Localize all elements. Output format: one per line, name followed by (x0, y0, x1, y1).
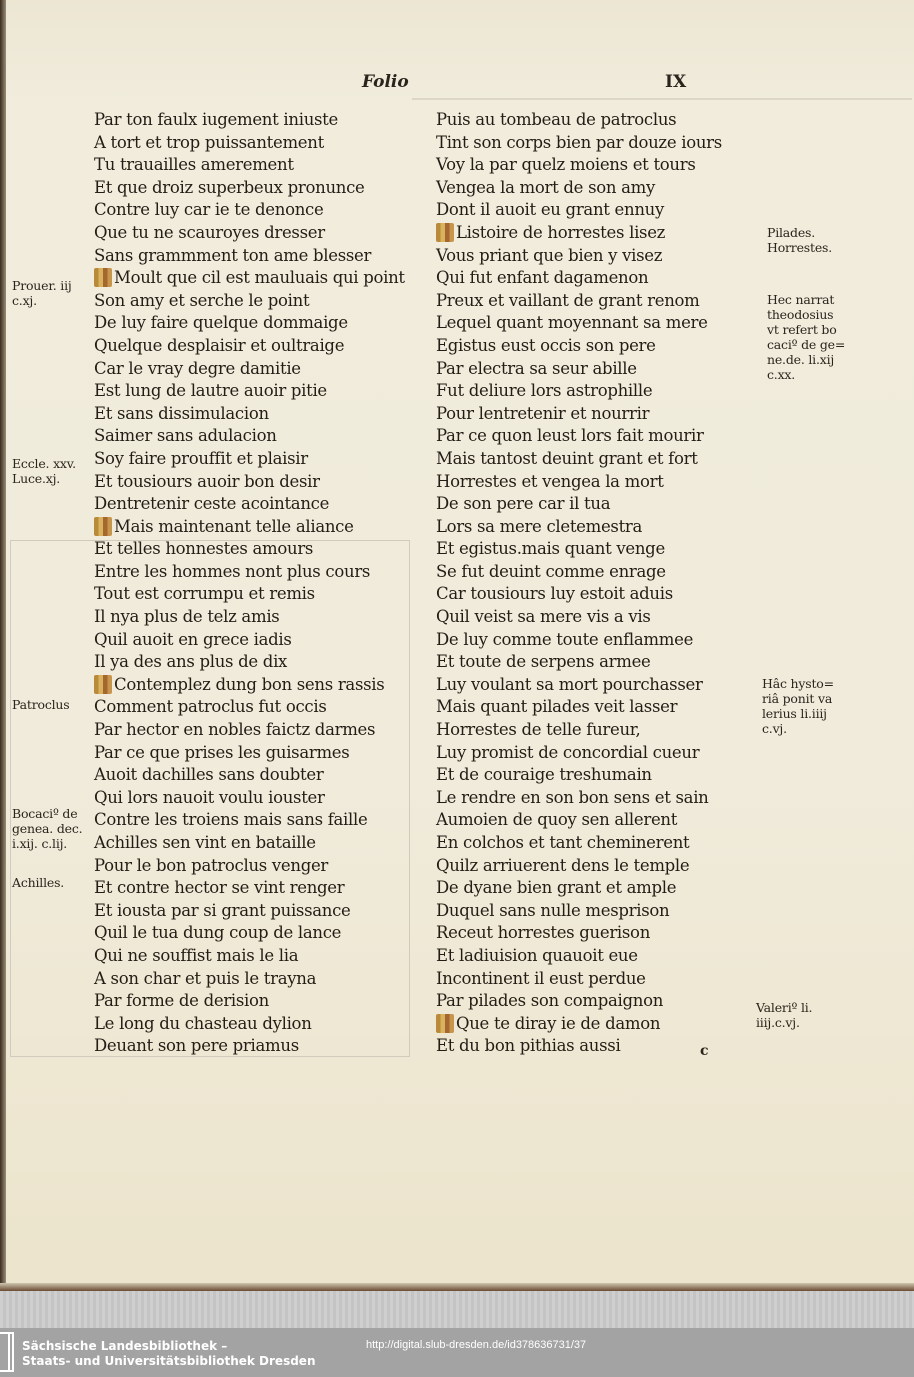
verse-text: Et tousiours auoir bon desir (94, 472, 320, 491)
verse-text: Deuant son pere priamus (94, 1036, 299, 1055)
verse-text: A son char et puis le trayna (94, 969, 316, 988)
margin-note-line: caciº de ge= (767, 337, 845, 352)
running-head-folio: Folio (362, 72, 409, 92)
verse-text: Tout est corrumpu et remis (94, 584, 315, 603)
verse-line: Aumoien de quoy sen allerent (436, 809, 722, 832)
margin-note-line: Bocaciº de (12, 806, 82, 821)
verse-text: Et que droiz superbeux pronunce (94, 178, 365, 197)
verse-line: Et telles honnestes amours (94, 538, 405, 561)
slub-logo-icon (0, 1332, 14, 1372)
verse-line: Car tousiours luy estoit aduis (436, 583, 722, 606)
verse-text: Egistus eust occis son pere (436, 336, 656, 355)
verse-line: Et iousta par si grant puissance (94, 900, 405, 923)
margin-note-valerius: Valeriº li. iiij.c.vj. (756, 1000, 812, 1030)
margin-note-line: c.xx. (767, 367, 845, 382)
scan-background-cloth (0, 1291, 914, 1328)
verse-text: Vengea la mort de son amy (436, 178, 655, 197)
verse-text: De son pere car il tua (436, 494, 610, 513)
margin-note-line: Valeriº li. (756, 1000, 812, 1015)
verse-line: Luy voulant sa mort pourchasser (436, 674, 722, 697)
illuminated-initial-icon (94, 675, 112, 694)
verse-text: Pour le bon patroclus venger (94, 856, 328, 875)
verse-line: Preux et vaillant de grant renom (436, 290, 722, 313)
verse-text: Receut horrestes guerison (436, 923, 650, 942)
verse-text: De luy comme toute enflammee (436, 630, 693, 649)
verse-line: Saimer sans adulacion (94, 425, 405, 448)
verse-line: De son pere car il tua (436, 493, 722, 516)
verse-line: Par ce que prises les guisarmes (94, 742, 405, 765)
verse-line: Quil le tua dung coup de lance (94, 922, 405, 945)
verse-line: Par ce quon leust lors fait mourir (436, 425, 722, 448)
verse-line: Par ton faulx iugement iniuste (94, 109, 405, 132)
left-text-column: Par ton faulx iugement iniusteA tort et … (94, 109, 405, 1058)
verse-line: Contre luy car ie te denonce (94, 199, 405, 222)
verse-line: Il nya plus de telz amis (94, 606, 405, 629)
verse-text: De luy faire quelque dommaige (94, 313, 348, 332)
verse-text: Et telles honnestes amours (94, 539, 313, 558)
verse-text: Qui lors nauoit voulu iouster (94, 788, 325, 807)
margin-note-line: lerius li.iiij (762, 706, 834, 721)
verse-text: Quil auoit en grece iadis (94, 630, 292, 649)
margin-note-line: riâ ponit va (762, 691, 834, 706)
verse-line: Et tousiours auoir bon desir (94, 471, 405, 494)
verse-text: Quil le tua dung coup de lance (94, 923, 341, 942)
verse-text: Contemplez dung bon sens rassis (114, 675, 384, 694)
margin-note-patroclus: Patroclus (12, 697, 70, 712)
verse-line: Le long du chasteau dylion (94, 1013, 405, 1036)
verse-text: Et de couraige treshumain (436, 765, 652, 784)
verse-line: Receut horrestes guerison (436, 922, 722, 945)
verse-text: De dyane bien grant et ample (436, 878, 676, 897)
verse-text: Que tu ne scauroyes dresser (94, 223, 325, 242)
verse-line: Comment patroclus fut occis (94, 696, 405, 719)
verse-line-with-initial: Mais maintenant telle aliance (94, 516, 405, 539)
verse-text: Par ton faulx iugement iniuste (94, 110, 338, 129)
library-name-line1: Sächsische Landesbibliothek – (22, 1339, 315, 1354)
verse-line: Quil veist sa mere vis a vis (436, 606, 722, 629)
margin-note-line: Achilles. (12, 875, 64, 890)
verse-text: Quelque desplaisir et oultraige (94, 336, 344, 355)
library-name: Sächsische Landesbibliothek – Staats- un… (22, 1339, 315, 1369)
verse-text: Comment patroclus fut occis (94, 697, 327, 716)
verse-line: Et du bon pithias aussi (436, 1035, 722, 1058)
margin-note-line: Eccle. xxv. (12, 456, 76, 471)
verse-line: De luy comme toute enflammee (436, 629, 722, 652)
margin-note-line: Hec narrat (767, 292, 845, 307)
verse-line: Mais tantost deuint grant et fort (436, 448, 722, 471)
verse-line: Et egistus.mais quant venge (436, 538, 722, 561)
verse-text: Soy faire prouffit et plaisir (94, 449, 308, 468)
margin-note-line: theodosius (767, 307, 845, 322)
margin-note-line: ne.de. li.xij (767, 352, 845, 367)
verse-line: Par electra sa seur abille (436, 358, 722, 381)
verse-line: Tout est corrumpu et remis (94, 583, 405, 606)
verse-line: Quil auoit en grece iadis (94, 629, 405, 652)
verse-text: Lequel quant moyennant sa mere (436, 313, 708, 332)
illuminated-initial-icon (94, 517, 112, 536)
verse-line: Achilles sen vint en bataille (94, 832, 405, 855)
verse-text: Il ya des ans plus de dix (94, 652, 287, 671)
verse-line: Duquel sans nulle mesprison (436, 900, 722, 923)
verse-line: Par pilades son compaignon (436, 990, 722, 1013)
verse-line: Contre les troiens mais sans faille (94, 809, 405, 832)
verse-text: Le long du chasteau dylion (94, 1014, 312, 1033)
verse-line: Vengea la mort de son amy (436, 177, 722, 200)
margin-note-pilades: Pilades. Horrestes. (767, 225, 832, 255)
verse-line: Horrestes de telle fureur, (436, 719, 722, 742)
verse-line: En colchos et tant cheminerent (436, 832, 722, 855)
verse-text: Le rendre en son bon sens et sain (436, 788, 709, 807)
verse-text: Et du bon pithias aussi (436, 1036, 620, 1055)
verse-text: Et contre hector se vint renger (94, 878, 344, 897)
verse-line: Et que droiz superbeux pronunce (94, 177, 405, 200)
verse-text: Et iousta par si grant puissance (94, 901, 351, 920)
verse-line: Et de couraige treshumain (436, 764, 722, 787)
verse-text: Auoit dachilles sans doubter (94, 765, 323, 784)
verse-text: Listoire de horrestes lisez (456, 223, 665, 242)
verse-line: De luy faire quelque dommaige (94, 312, 405, 335)
library-name-line2: Staats- und Universitätsbibliothek Dresd… (22, 1354, 315, 1369)
verse-line: Auoit dachilles sans doubter (94, 764, 405, 787)
verse-text: En colchos et tant cheminerent (436, 833, 689, 852)
verse-text: Sans grammment ton ame blesser (94, 246, 371, 265)
verse-text: Se fut deuint comme enrage (436, 562, 666, 581)
verse-line: Lors sa mere cletemestra (436, 516, 722, 539)
verse-line: Il ya des ans plus de dix (94, 651, 405, 674)
verse-line: Puis au tombeau de patroclus (436, 109, 722, 132)
bleed-through-rule (412, 98, 912, 100)
verse-line-with-initial: Que te diray ie de damon (436, 1013, 722, 1036)
margin-note-line: c.vj. (762, 721, 834, 736)
verse-line: Et ladiuision quauoit eue (436, 945, 722, 968)
verse-text: Et egistus.mais quant venge (436, 539, 665, 558)
margin-note-hanc-hystoriam: Hâc hysto= riâ ponit va lerius li.iiij c… (762, 676, 834, 736)
margin-note-line: genea. dec. (12, 821, 82, 836)
verse-line-with-initial: Moult que cil est mauluais qui point (94, 267, 405, 290)
verse-text: Tu trauailles amerement (94, 155, 294, 174)
margin-note-line: Hâc hysto= (762, 676, 834, 691)
verse-text: Preux et vaillant de grant renom (436, 291, 700, 310)
verse-line: Pour le bon patroclus venger (94, 855, 405, 878)
verse-text: Par electra sa seur abille (436, 359, 637, 378)
verse-text: Lors sa mere cletemestra (436, 517, 642, 536)
verse-text: Qui fut enfant dagamenon (436, 268, 648, 287)
verse-text: Luy promist de concordial cueur (436, 743, 699, 762)
verse-line: Par hector en nobles faictz darmes (94, 719, 405, 742)
verse-line: Se fut deuint comme enrage (436, 561, 722, 584)
verse-text: Mais quant pilades veit lasser (436, 697, 677, 716)
margin-note-line: Luce.xj. (12, 471, 76, 486)
margin-note-line: Horrestes. (767, 240, 832, 255)
illuminated-initial-icon (436, 1014, 454, 1033)
verse-line: Soy faire prouffit et plaisir (94, 448, 405, 471)
verse-text: Et sans dissimulacion (94, 404, 269, 423)
verse-line: Tint son corps bien par douze iours (436, 132, 722, 155)
verse-text: Dont il auoit eu grant ennuy (436, 200, 664, 219)
verse-line: Luy promist de concordial cueur (436, 742, 722, 765)
verse-line: Quelque desplaisir et oultraige (94, 335, 405, 358)
page-edge (0, 1283, 914, 1291)
verse-text: Achilles sen vint en bataille (94, 833, 316, 852)
margin-note-prouer: Prouer. iij c.xj. (12, 278, 72, 308)
verse-text: Mais tantost deuint grant et fort (436, 449, 698, 468)
verse-text: Par pilades son compaignon (436, 991, 663, 1010)
verse-line: Sans grammment ton ame blesser (94, 245, 405, 268)
verse-line-with-initial: Listoire de horrestes lisez (436, 222, 722, 245)
verse-line: Que tu ne scauroyes dresser (94, 222, 405, 245)
verse-text: Qui ne souffist mais le lia (94, 946, 298, 965)
permalink-url[interactable]: http://digital.slub-dresden.de/id3786367… (366, 1339, 586, 1351)
margin-note-eccle: Eccle. xxv. Luce.xj. (12, 456, 76, 486)
verse-text: Contre les troiens mais sans faille (94, 810, 367, 829)
verse-text: Voy la par quelz moiens et tours (436, 155, 696, 174)
verse-text: Par forme de derision (94, 991, 269, 1010)
verse-text: Par hector en nobles faictz darmes (94, 720, 375, 739)
margin-note-hec-narrat: Hec narrat theodosius vt refert bo caciº… (767, 292, 845, 382)
verse-line: Tu trauailles amerement (94, 154, 405, 177)
margin-note-line: Patroclus (12, 697, 70, 712)
verse-line: Fut deliure lors astrophille (436, 380, 722, 403)
verse-line: A son char et puis le trayna (94, 968, 405, 991)
verse-line: Qui ne souffist mais le lia (94, 945, 405, 968)
verse-text: Car le vray degre damitie (94, 359, 301, 378)
verse-text: Mais maintenant telle aliance (114, 517, 354, 536)
verse-text: Horrestes de telle fureur, (436, 720, 641, 739)
verse-line: De dyane bien grant et ample (436, 877, 722, 900)
verse-line: Quilz arriuerent dens le temple (436, 855, 722, 878)
verse-text: Entre les hommes nont plus cours (94, 562, 370, 581)
verse-text: Fut deliure lors astrophille (436, 381, 652, 400)
verse-line: Et toute de serpens armee (436, 651, 722, 674)
scanned-page: Folio IX Par ton faulx iugement iniusteA… (0, 0, 914, 1290)
verse-line: Incontinent il eust perdue (436, 968, 722, 991)
margin-note-line: i.xij. c.lij. (12, 836, 82, 851)
verse-text: Luy voulant sa mort pourchasser (436, 675, 703, 694)
signature-mark: c (700, 1043, 709, 1059)
verse-line-with-initial: Contemplez dung bon sens rassis (94, 674, 405, 697)
verse-line: Le rendre en son bon sens et sain (436, 787, 722, 810)
illuminated-initial-icon (436, 223, 454, 242)
margin-note-line: Prouer. iij (12, 278, 72, 293)
verse-text: Vous priant que bien y visez (436, 246, 662, 265)
verse-text: Et ladiuision quauoit eue (436, 946, 638, 965)
verse-line: Entre les hommes nont plus cours (94, 561, 405, 584)
verse-line: Et sans dissimulacion (94, 403, 405, 426)
verse-line: Et contre hector se vint renger (94, 877, 405, 900)
verse-text: Contre luy car ie te denonce (94, 200, 323, 219)
illuminated-initial-icon (94, 268, 112, 287)
folio-number: IX (665, 72, 686, 92)
verse-line: Qui fut enfant dagamenon (436, 267, 722, 290)
margin-note-achilles: Achilles. (12, 875, 64, 890)
margin-note-line: c.xj. (12, 293, 72, 308)
verse-text: Moult que cil est mauluais qui point (114, 268, 405, 287)
verse-line: Dentretenir ceste acointance (94, 493, 405, 516)
right-text-column: Puis au tombeau de patroclusTint son cor… (436, 109, 722, 1058)
verse-text: Quil veist sa mere vis a vis (436, 607, 651, 626)
verse-text: A tort et trop puissantement (94, 133, 324, 152)
verse-text: Que te diray ie de damon (456, 1014, 660, 1033)
verse-line: Pour lentretenir et nourrir (436, 403, 722, 426)
margin-note-line: Pilades. (767, 225, 832, 240)
verse-line: A tort et trop puissantement (94, 132, 405, 155)
verse-line: Horrestes et vengea la mort (436, 471, 722, 494)
verse-text: Duquel sans nulle mesprison (436, 901, 669, 920)
margin-note-line: iiij.c.vj. (756, 1015, 812, 1030)
verse-line: Par forme de derision (94, 990, 405, 1013)
verse-text: Car tousiours luy estoit aduis (436, 584, 673, 603)
verse-line: Egistus eust occis son pere (436, 335, 722, 358)
verse-line: Car le vray degre damitie (94, 358, 405, 381)
verse-text: Est lung de lautre auoir pitie (94, 381, 327, 400)
verse-line: Dont il auoit eu grant ennuy (436, 199, 722, 222)
verse-text: Et toute de serpens armee (436, 652, 651, 671)
verse-text: Saimer sans adulacion (94, 426, 277, 445)
verse-line: Son amy et serche le point (94, 290, 405, 313)
verse-line: Mais quant pilades veit lasser (436, 696, 722, 719)
verse-text: Quilz arriuerent dens le temple (436, 856, 689, 875)
verse-line: Qui lors nauoit voulu iouster (94, 787, 405, 810)
verse-text: Par ce que prises les guisarmes (94, 743, 349, 762)
verse-text: Horrestes et vengea la mort (436, 472, 664, 491)
verse-text: Tint son corps bien par douze iours (436, 133, 722, 152)
verse-text: Par ce quon leust lors fait mourir (436, 426, 704, 445)
margin-note-bocacius: Bocaciº de genea. dec. i.xij. c.lij. (12, 806, 82, 851)
verse-text: Son amy et serche le point (94, 291, 309, 310)
verse-text: Il nya plus de telz amis (94, 607, 279, 626)
verse-text: Pour lentretenir et nourrir (436, 404, 649, 423)
verse-line: Voy la par quelz moiens et tours (436, 154, 722, 177)
verse-line: Vous priant que bien y visez (436, 245, 722, 268)
library-footer: Sächsische Landesbibliothek – Staats- un… (0, 1328, 914, 1377)
verse-text: Dentretenir ceste acointance (94, 494, 329, 513)
verse-line: Deuant son pere priamus (94, 1035, 405, 1058)
verse-text: Incontinent il eust perdue (436, 969, 646, 988)
verse-text: Aumoien de quoy sen allerent (436, 810, 677, 829)
verse-line: Lequel quant moyennant sa mere (436, 312, 722, 335)
margin-note-line: vt refert bo (767, 322, 845, 337)
verse-line: Est lung de lautre auoir pitie (94, 380, 405, 403)
verse-text: Puis au tombeau de patroclus (436, 110, 676, 129)
